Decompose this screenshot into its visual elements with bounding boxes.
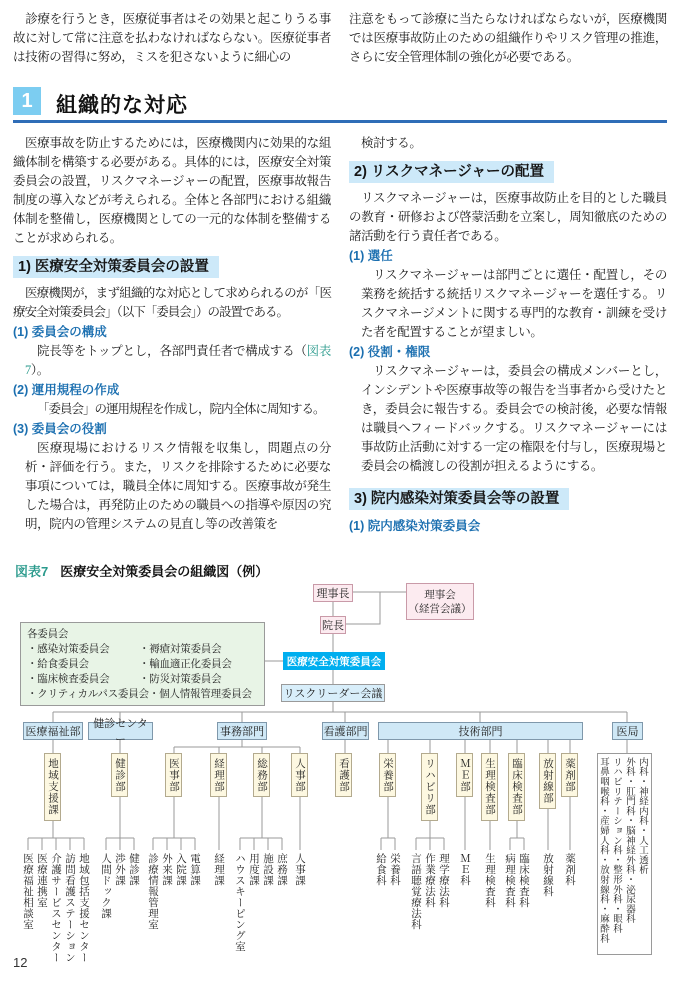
medical-office-list-item: 外科・肛門科・脳神経外科・泌尿器科 [623,757,636,951]
org-sec-medical-affairs: 医事部 [165,753,182,797]
org-unit: 渉外課 [113,853,127,886]
org-sec-me: ＭＥ部 [456,753,473,797]
body-right-column: 検討する。 2) リスクマネージャーの配置 リスクマネージャーは，医療事故防止を… [349,134,667,536]
intro-paragraph-right: 注意をもって診療に当たらなければならないが，医療機関では医療事故防止のための組織… [349,10,667,67]
item-heading-2: (2) 役割・権限 [349,343,667,362]
org-committees-row: ・感染対策委員会・褥瘡対策委員会 [27,642,258,657]
committee-item: ・防災対策委員会 [139,672,221,687]
subsection-1-heading: 1) 医療安全対策委員会の設置 [13,256,219,278]
org-sec-nursing: 看護部 [335,753,352,797]
section-number-badge: 1 [13,87,41,115]
org-dept-medical-welfare: 医療福祉部 [23,722,83,740]
org-unit: 介護サービスセンター [49,853,63,963]
org-node-board-line2: （経営会議） [409,602,472,616]
org-unit: 医療連携室 [35,853,49,908]
org-unit: 栄養科 [388,853,402,886]
org-unit: 人事課 [293,853,307,886]
item-body-1: リスクマネージャーは部門ごとに選任・配置し，その業務を統括する統括リスクマネージ… [349,266,667,342]
item-heading-3: (3) 委員会の役割 [13,420,331,439]
item-body-2: リスクマネージャーは，委員会の構成メンバーとし，インシデントや医療事故等の報告を… [349,362,667,476]
subsection-2-heading: 2) リスクマネージャーの配置 [349,161,554,183]
org-node-safety-committee: 医療安全対策委員会 [283,652,385,670]
org-dept-medical-office: 医局 [612,722,643,740]
medical-office-list-item: リハビリテーション科・整形外科・眼科 [610,757,623,951]
medical-office-list-item: 耳鼻咽喉科・産婦人科・放射線科・麻酔科 [597,757,610,951]
continuation-line: 検討する。 [349,134,667,153]
org-unit: 放射線科 [541,853,555,897]
org-dept-nursing: 看護部門 [322,722,369,740]
org-node-chairman: 理事長 [313,584,353,602]
page-number: 12 [13,955,27,970]
org-unit: 地域包括支援センター [77,853,91,963]
org-node-risk-leader-meeting: リスクリーダー会議 [281,684,385,702]
item-heading-1: (1) 委員会の構成 [13,323,331,342]
body-left-column: 医療事故を防止するためには，医療機関内に効果的な組織体制を構築する必要がある。具… [13,134,331,534]
org-unit: 給食科 [374,853,388,886]
subsection-3-heading: 3) 院内感染対策委員会等の設置 [349,488,569,510]
document-page: 診療を行うとき，医療従事者はその効果と起こりうる事故に対して常に注意を払わなけれ… [0,0,680,990]
org-unit: 理学療法科 [437,853,451,908]
org-sec-rehabilitation: リハビリ部 [421,753,438,821]
item-heading-1: (1) 選任 [349,247,667,266]
org-chart: 理事長 理事会 （経営会議） 院長 各委員会 ・感染対策委員会・褥瘡対策委員会 … [0,575,680,980]
org-committees-box: 各委員会 ・感染対策委員会・褥瘡対策委員会 ・給食委員会・輸血適正化委員会 ・臨… [20,622,265,706]
org-unit: 薬剤科 [563,853,577,886]
org-unit: 言語聴覚療法科 [409,853,423,930]
org-unit: ハウスキーピング室 [233,853,247,952]
org-committees-row: ・臨床検査委員会・防災対策委員会 [27,672,258,687]
org-unit: 診療情報管理室 [146,853,160,930]
org-unit: 電算課 [188,853,202,886]
item-body-1-text: 院長等をトップとし，各部門責任者で構成する（ [37,344,307,358]
item-heading-3: (1) 院内感染対策委員会 [349,517,667,536]
org-node-board: 理事会 （経営会議） [406,583,474,620]
org-sec-general-affairs: 総務部 [253,753,270,797]
org-node-board-line1: 理事会 [424,588,456,602]
org-unit: 訪問看護ステーション [63,853,77,963]
org-sec-physiology-exam: 生理検査部 [481,753,498,821]
paragraph: 医療事故を防止するためには，医療機関内に効果的な組織体制を構築する必要がある。具… [13,134,331,248]
org-node-director: 院長 [320,616,346,634]
committee-item: ・褥瘡対策委員会 [139,642,221,657]
org-unit: 用度課 [247,853,261,886]
org-sec-pharmacy: 薬剤部 [561,753,578,797]
org-unit: 医療福祉相談室 [21,853,35,930]
org-unit: 作業療法科 [423,853,437,908]
committee-item: ・臨床検査委員会 [27,672,139,687]
org-committees-row: ・給食委員会・輸血適正化委員会 [27,657,258,672]
org-unit: ＭＥ科 [458,853,472,886]
committee-item: ・クリティカルパス委員会 [27,687,149,702]
section-title: 組織的な対応 [56,89,188,119]
committee-item: ・感染対策委員会 [27,642,139,657]
medical-office-list-item: 内科・神経内科・人工透析 [636,757,649,951]
org-unit: 経理課 [212,853,226,886]
org-sec-clinical-exam: 臨床検査部 [508,753,525,821]
org-unit: 入院課 [174,853,188,886]
intro-paragraph-left: 診療を行うとき，医療従事者はその効果と起こりうる事故に対して常に注意を払わなけれ… [13,10,331,67]
committee-item: ・個人情報管理委員会 [149,687,252,702]
org-dept-administration: 事務部門 [217,722,267,740]
org-unit: 健診課 [127,853,141,886]
org-sec-radiology: 放射線部 [539,753,556,809]
org-unit: 外来課 [160,853,174,886]
item-heading-2: (2) 運用規程の作成 [13,381,331,400]
org-unit: 人間ドック課 [99,853,113,919]
org-sec-accounting: 経理部 [210,753,227,797]
intro-left-column: 診療を行うとき，医療従事者はその効果と起こりうる事故に対して常に注意を払わなけれ… [13,10,331,67]
org-dept-technical: 技術部門 [378,722,583,740]
org-unit: 庶務課 [275,853,289,886]
org-sec-regional-support: 地域支援課 [44,753,61,821]
committee-item: ・給食委員会 [27,657,139,672]
org-unit: 生理検査科 [483,853,497,908]
item-body-1: 院長等をトップとし，各部門責任者で構成する（図表7）。 [13,342,331,380]
org-medical-office-list: 内科・神経内科・人工透析 外科・肛門科・脳神経外科・泌尿器科 リハビリテーション… [597,753,652,955]
org-sec-nutrition: 栄養部 [379,753,396,797]
org-unit: 臨床検査科 [517,853,531,908]
org-unit: 施設課 [261,853,275,886]
org-committees-row: ・クリティカルパス委員会・個人情報管理委員会 [27,687,258,702]
item-body-2: 「委員会」の運用規程を作成し，院内全体に周知する。 [13,400,331,419]
paragraph: リスクマネージャーは，医療事故防止を目的とした職員の教育・研修および啓蒙活動を立… [349,189,667,246]
paragraph: 医療機関が，まず組織的な対応として求められるのが「医療安全対策委員会」（以下「委… [13,284,331,322]
org-dept-checkup-center: 健診センター [88,722,153,740]
org-sec-personnel: 人事部 [291,753,308,797]
section-rule [13,120,667,123]
org-sec-checkup: 健診部 [111,753,128,797]
committee-item: ・輸血適正化委員会 [139,657,232,672]
org-committees-title: 各委員会 [27,627,258,642]
org-unit: 病理検査科 [503,853,517,908]
item-body-1-text-end: ）。 [31,363,49,377]
item-body-3: 医療現場におけるリスク情報を収集し，問題点の分析・評価を行う。また，リスクを排除… [13,439,331,534]
intro-right-column: 注意をもって診療に当たらなければならないが，医療機関では医療事故防止のための組織… [349,10,667,67]
